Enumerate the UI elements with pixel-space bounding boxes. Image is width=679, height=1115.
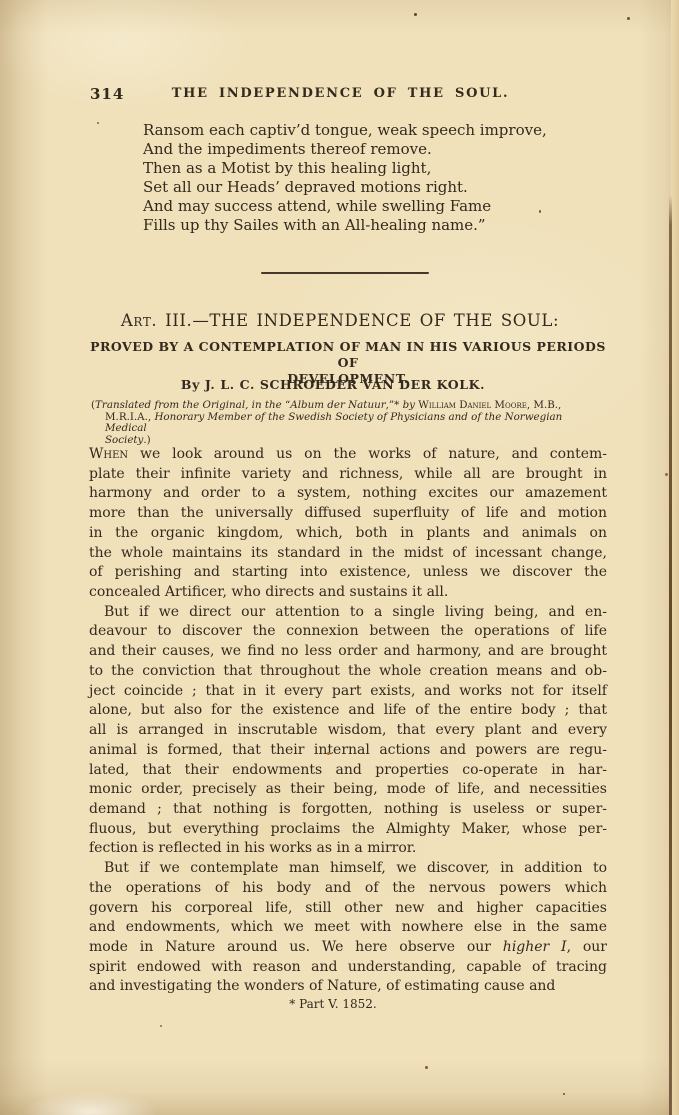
text-line: concealed Artificer, who directs and sus… <box>89 583 607 603</box>
text-line: mode in Nature around us. We here observ… <box>89 938 607 958</box>
running-head: THE INDEPENDENCE OF THE SOUL. <box>129 86 552 101</box>
page-header: 314 THE INDEPENDENCE OF THE SOUL. <box>89 85 607 105</box>
paper-speck <box>97 122 99 124</box>
text-line: to the conviction that throughout the wh… <box>89 662 607 682</box>
text-line: Ransom each captiv’d tongue, weak speech… <box>143 121 607 140</box>
adjacent-page-edge-line <box>669 195 672 1115</box>
body-paragraph-3: But if we contemplate man himself, we di… <box>89 859 607 997</box>
translation-note: (Translated from the Original, in the “A… <box>91 400 607 446</box>
paper-speck <box>414 13 417 16</box>
section-divider-rule <box>261 272 429 274</box>
text-line: spirit endowed with reason and understan… <box>89 958 607 978</box>
text-line: harmony and order to a system, nothing e… <box>89 484 607 504</box>
text-line: and their causes, we find no less order … <box>89 642 607 662</box>
page-number: 314 <box>90 85 124 103</box>
paper-speck <box>563 1093 565 1095</box>
text-line: the operations of his body and of the ne… <box>89 879 607 899</box>
text-line: plate their infinite variety and richnes… <box>89 465 607 485</box>
text-line: Set all our Heads’ depraved motions righ… <box>143 178 607 197</box>
poem-quotation: Ransom each captiv’d tongue, weak speech… <box>143 121 607 234</box>
page-edge-strip <box>671 0 679 1115</box>
text-line: monic order, precisely as their being, m… <box>89 780 607 800</box>
paper-speck <box>627 17 630 20</box>
text-line: fection is reflected in his works as in … <box>89 839 607 859</box>
paper-speck <box>539 210 541 213</box>
text-line: And the impediments thereof remove. <box>143 140 607 159</box>
text-line: more than the universally diffused super… <box>89 504 607 524</box>
body-text: When we look around us on the works of n… <box>89 445 607 997</box>
text-column: 314 THE INDEPENDENCE OF THE SOUL. Ransom… <box>89 0 607 1115</box>
text-line: the whole maintains its standard in the … <box>89 544 607 564</box>
text-line: govern his corporeal life, still other n… <box>89 899 607 919</box>
text-line: demand ; that nothing is forgotten, noth… <box>89 800 607 820</box>
paper-speck <box>160 1025 162 1027</box>
text-line: of perishing and starting into existence… <box>89 563 607 583</box>
text-line: animal is formed, that their internal ac… <box>89 741 607 761</box>
text-line: M.R.I.A., Honorary Member of the Swedish… <box>91 412 607 435</box>
footnote: * Part V. 1852. <box>89 997 577 1011</box>
text-line: Fills up thy Sailes with an All-healing … <box>143 216 607 235</box>
text-line: fluous, but everything proclaims the Alm… <box>89 820 607 840</box>
scanned-book-page: 314 THE INDEPENDENCE OF THE SOUL. Ransom… <box>0 0 679 1115</box>
text-line: in the organic kingdom, which, both in p… <box>89 524 607 544</box>
text-line: But if we contemplate man himself, we di… <box>89 859 607 879</box>
text-line: But if we direct our attention to a sing… <box>89 603 607 623</box>
article-byline: By J. L. C. SCHROEDER VAN DER KOLK. <box>89 377 577 392</box>
body-paragraph-2: But if we direct our attention to a sing… <box>89 603 607 859</box>
text-line: ject coincide ; that in it every part ex… <box>89 682 607 702</box>
text-line: Then as a Motist by this healing light, <box>143 159 607 178</box>
text-line: and investigating the wonders of Nature,… <box>89 977 607 997</box>
paper-speck <box>425 1066 428 1069</box>
text-line: And may success attend, while swelling F… <box>143 197 607 216</box>
text-line: and endowments, which we meet with nowhe… <box>89 918 607 938</box>
text-line: lated, that their endowments and propert… <box>89 761 607 781</box>
text-line: deavour to discover the connexion betwee… <box>89 622 607 642</box>
text-line: all is arranged in inscrutable wisdom, t… <box>89 721 607 741</box>
paper-speck <box>665 473 668 476</box>
text-line: PROVED BY A CONTEMPLATION OF MAN IN HIS … <box>89 339 607 371</box>
text-line: When we look around us on the works of n… <box>89 445 607 465</box>
body-paragraph-1: When we look around us on the works of n… <box>89 445 607 603</box>
text-line: alone, but also for the existence and li… <box>89 701 607 721</box>
article-heading: Art. III.—THE INDEPENDENCE OF THE SOUL: <box>89 311 591 330</box>
paper-speck <box>327 752 330 755</box>
